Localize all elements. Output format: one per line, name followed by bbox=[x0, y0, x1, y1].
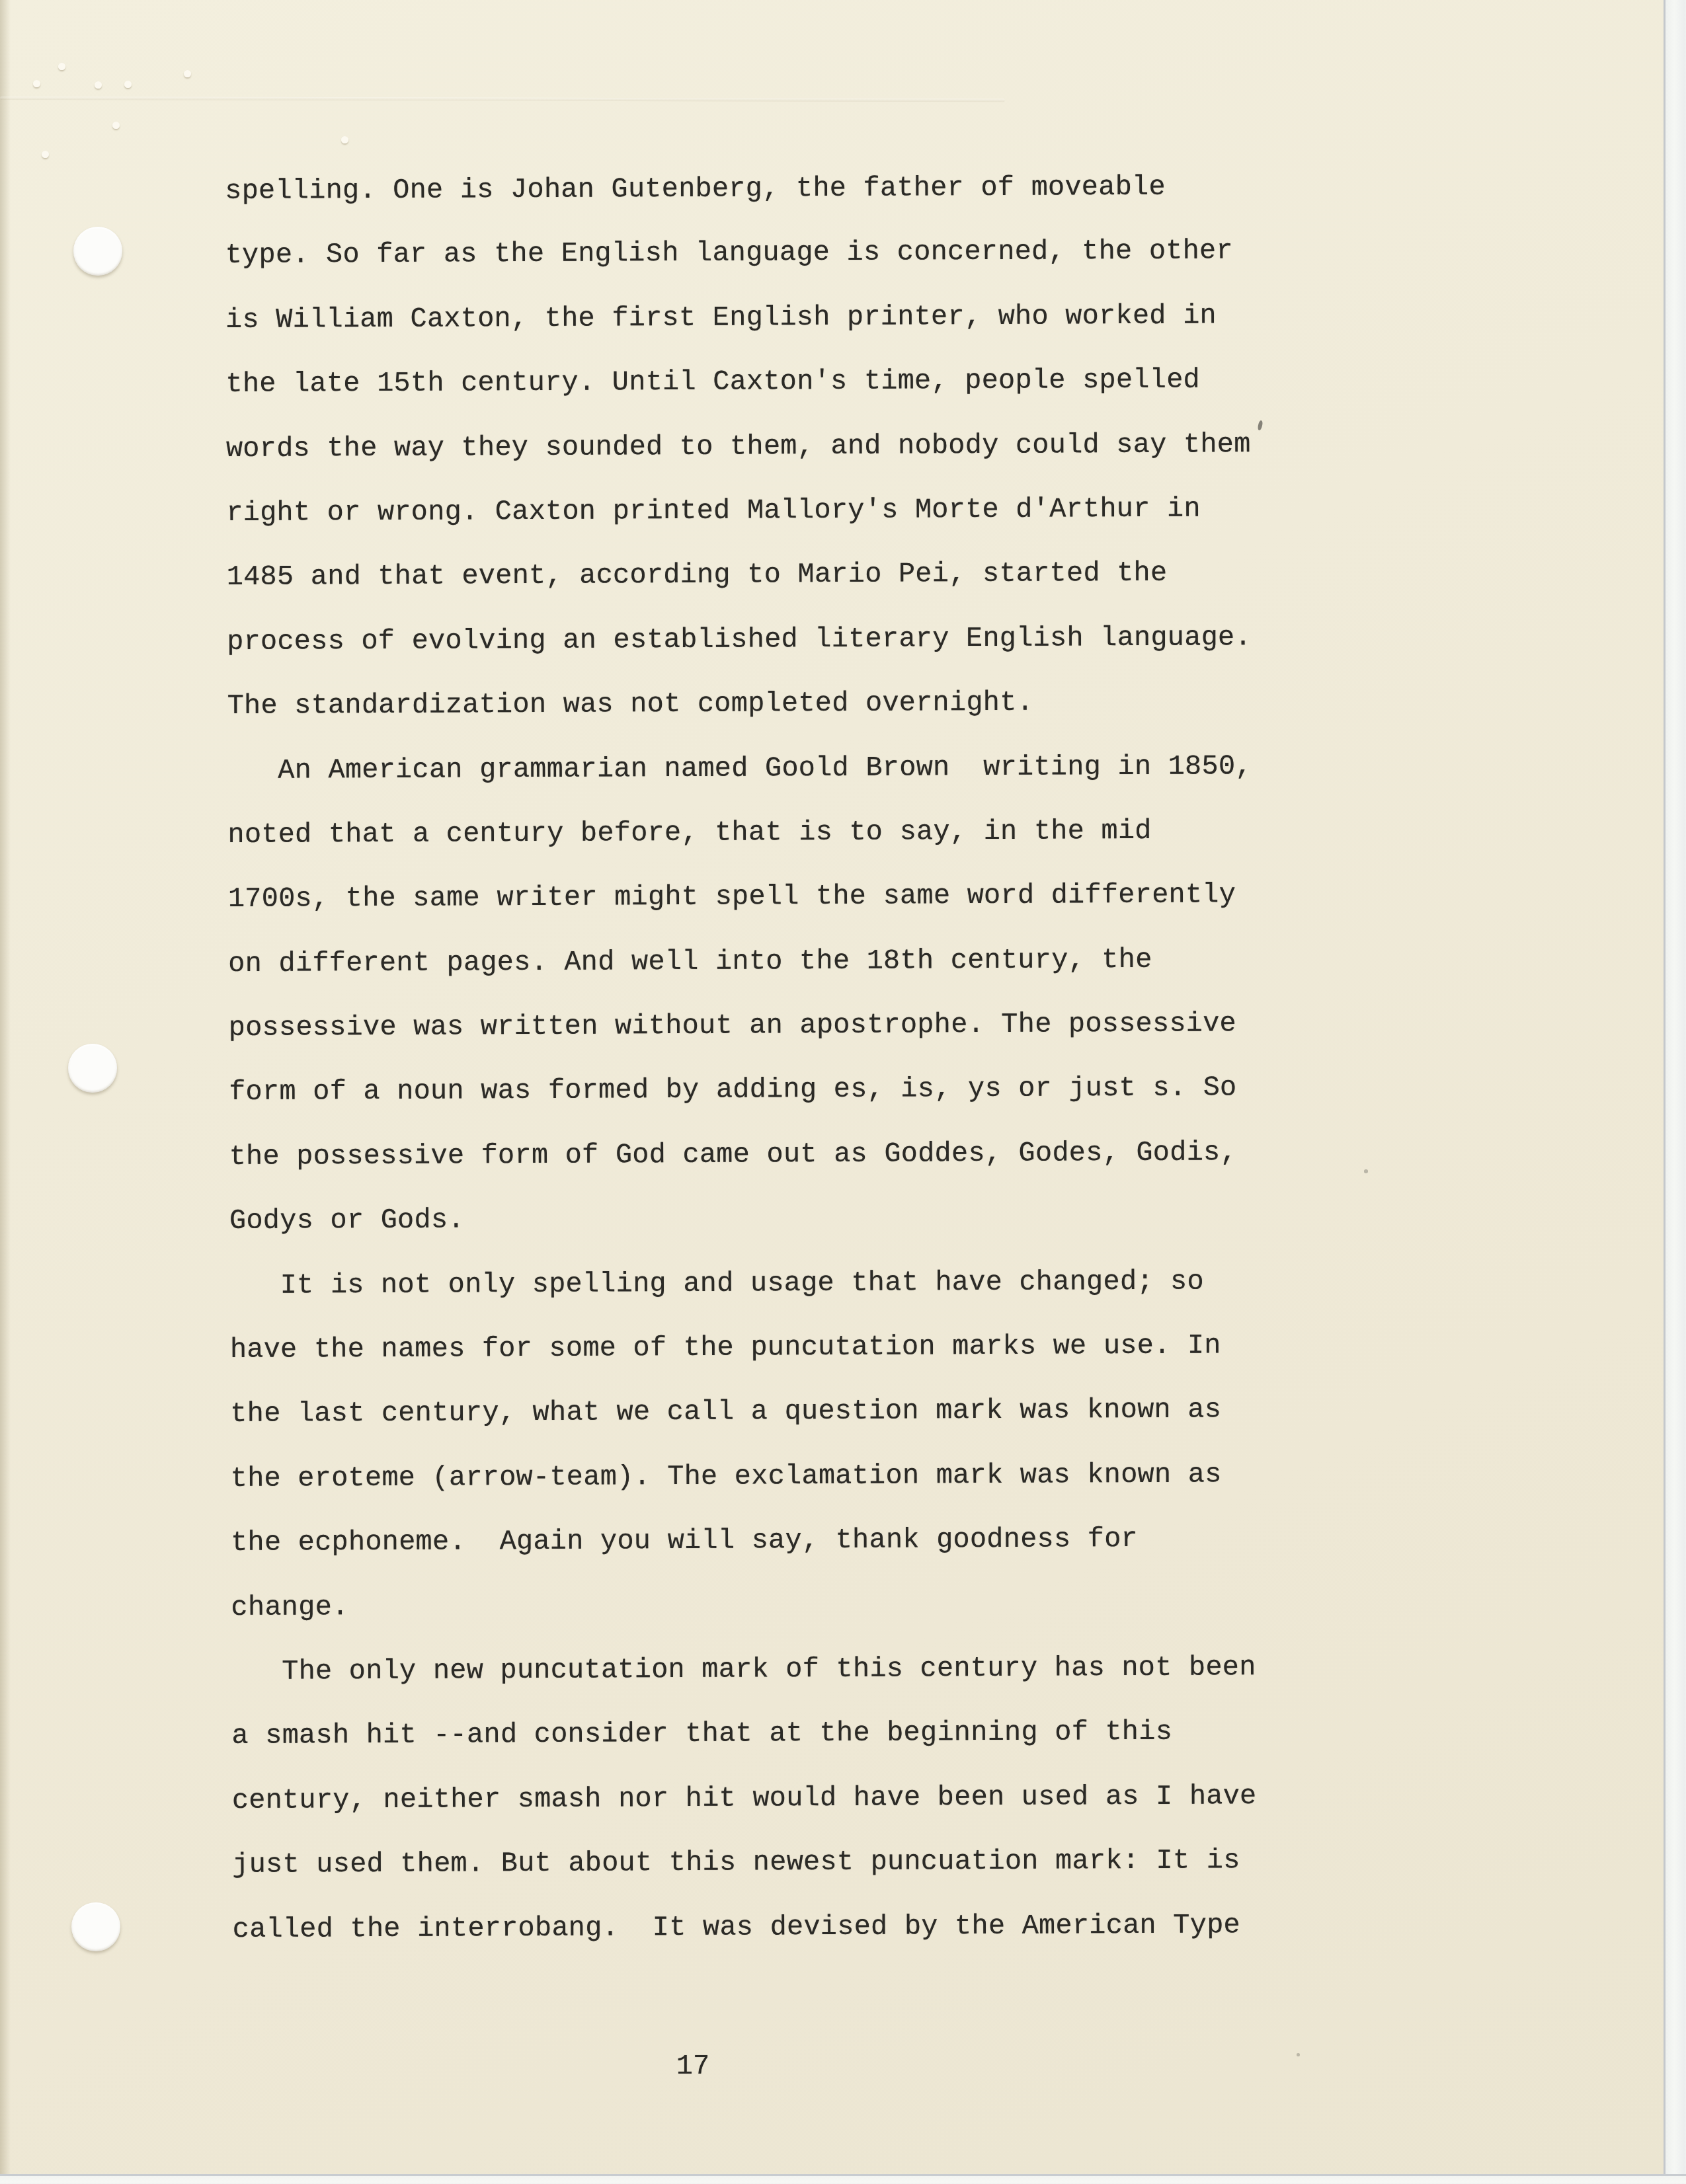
paper-speck bbox=[341, 136, 348, 143]
text-line: An American grammarian named Goold Brown… bbox=[227, 734, 1252, 803]
text-line: form of a noun was formed by adding es, … bbox=[229, 1056, 1254, 1125]
text-line: spelling. One is Johan Gutenberg, the fa… bbox=[225, 155, 1250, 223]
text-line: 1700s, the same writer might spell the s… bbox=[228, 863, 1253, 932]
text-line: Godys or Gods. bbox=[229, 1185, 1254, 1253]
hole-punch-top bbox=[73, 227, 122, 276]
paper-speck bbox=[42, 151, 49, 158]
text-line: type. So far as the English language is … bbox=[225, 219, 1250, 288]
text-line: noted that a century before, that is to … bbox=[227, 799, 1252, 867]
text-line: change. bbox=[231, 1571, 1256, 1640]
text-line: The only new puncutation mark of this ce… bbox=[231, 1635, 1256, 1704]
hole-punch-middle bbox=[68, 1044, 117, 1093]
paper-left-edge-shadow bbox=[0, 0, 11, 2174]
paper-speck bbox=[33, 80, 40, 87]
text-line: have the names for some of the puncutati… bbox=[230, 1313, 1255, 1382]
text-line: the ecphoneme. Again you will say, thank… bbox=[231, 1506, 1256, 1575]
text-line: the eroteme (arrow-team). The exclamatio… bbox=[230, 1442, 1255, 1511]
paper-speck bbox=[184, 70, 191, 77]
text-line: a smash hit --and consider that at the b… bbox=[231, 1700, 1256, 1769]
ink-speck bbox=[1297, 2053, 1300, 2056]
paper-sheet: spelling. One is Johan Gutenberg, the fa… bbox=[0, 0, 1664, 2174]
text-line: It is not only spelling and usage that h… bbox=[229, 1249, 1254, 1318]
text-line: century, neither smash nor hit would hav… bbox=[232, 1764, 1257, 1833]
typed-text: spelling. One is Johan Gutenberg, the fa… bbox=[225, 155, 1258, 1962]
text-line: The standardization was not completed ov… bbox=[227, 670, 1252, 738]
text-line: the last century, what we call a questio… bbox=[230, 1378, 1255, 1447]
text-line: the possessive form of God came out as G… bbox=[229, 1120, 1254, 1189]
text-line: possessive was written without an apostr… bbox=[229, 992, 1254, 1060]
page-number: 17 bbox=[653, 2035, 733, 2099]
paper-crease bbox=[0, 97, 1005, 102]
text-line: is William Caxton, the first English pri… bbox=[225, 284, 1250, 352]
text-line: 1485 and that event, according to Mario … bbox=[227, 541, 1252, 610]
paper-speck bbox=[95, 81, 102, 89]
ink-speck bbox=[1258, 420, 1264, 431]
text-line: called the interrobang. It was devised b… bbox=[232, 1893, 1257, 1962]
paper-speck bbox=[124, 81, 132, 88]
text-line: words the way they sounded to them, and … bbox=[226, 412, 1251, 481]
text-line: the late 15th century. Until Caxton's ti… bbox=[225, 348, 1250, 416]
hole-punch-bottom bbox=[71, 1902, 120, 1951]
paper-speck bbox=[58, 63, 65, 70]
text-line: just used them. But about this newest pu… bbox=[232, 1828, 1257, 1897]
text-line: process of evolving an established liter… bbox=[227, 605, 1252, 674]
ink-speck bbox=[1364, 1169, 1368, 1173]
scanner-background-right bbox=[1664, 0, 1686, 2184]
text-line: right or wrong. Caxton printed Mallory's… bbox=[226, 477, 1251, 545]
text-line: on different pages. And well into the 18… bbox=[228, 927, 1253, 996]
paper-speck bbox=[112, 122, 120, 129]
scanner-background-bottom bbox=[0, 2174, 1686, 2184]
